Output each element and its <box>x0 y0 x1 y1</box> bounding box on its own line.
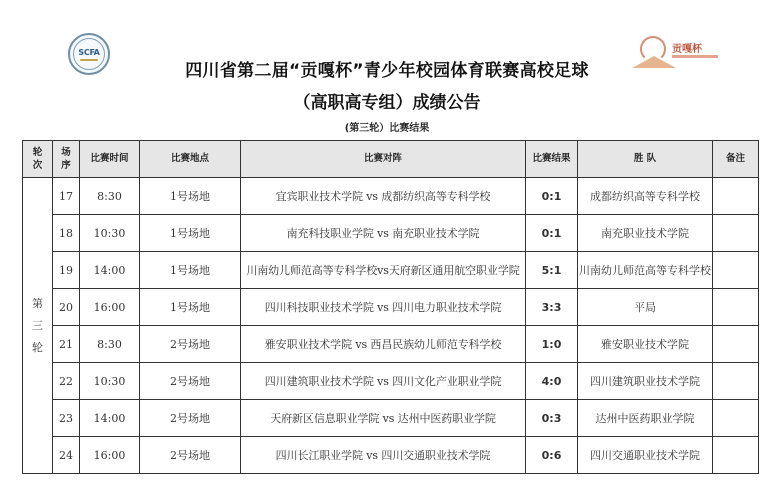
note-cell <box>713 363 759 400</box>
column-header-score: 比赛结果 <box>526 141 578 178</box>
table-row: 18 10:30 1号场地 南充科技职业学院 vs 南充职业技术学院 0:1 南… <box>23 215 759 252</box>
page-title-line2: （高职高专组）成绩公告 <box>0 88 774 113</box>
seq-cell: 22 <box>53 363 80 400</box>
note-cell <box>713 400 759 437</box>
column-header-round: 轮次 <box>23 141 53 178</box>
time-cell: 8:30 <box>80 178 140 215</box>
score-cell: 0:1 <box>526 178 578 215</box>
note-cell <box>713 437 759 474</box>
column-header-winner: 胜 队 <box>578 141 713 178</box>
table-row: 23 14:00 2号场地 天府新区信息职业学院 vs 达州中医药职业学院 0:… <box>23 400 759 437</box>
winner-cell: 四川建筑职业技术学院 <box>578 363 713 400</box>
score-cell: 4:0 <box>526 363 578 400</box>
results-table: 轮次 场序 比赛时间 比赛地点 比赛对阵 比赛结果 胜 队 备注 第三轮 17 … <box>22 140 759 474</box>
match-cell: 四川科技职业技术学院 vs 四川电力职业技术学院 <box>241 289 526 326</box>
seq-cell: 18 <box>53 215 80 252</box>
column-header-note: 备注 <box>713 141 759 178</box>
score-cell: 0:3 <box>526 400 578 437</box>
venue-cell: 2号场地 <box>140 326 241 363</box>
venue-cell: 1号场地 <box>140 215 241 252</box>
winner-cell: 川南幼儿师范高等专科学校 <box>578 252 713 289</box>
venue-cell: 1号场地 <box>140 252 241 289</box>
note-cell <box>713 215 759 252</box>
time-cell: 14:00 <box>80 252 140 289</box>
score-cell: 0:6 <box>526 437 578 474</box>
note-cell <box>713 252 759 289</box>
winner-cell: 南充职业技术学院 <box>578 215 713 252</box>
note-cell <box>713 178 759 215</box>
table-row: 19 14:00 1号场地 川南幼儿师范高等专科学校vs天府新区通用航空职业学院… <box>23 252 759 289</box>
score-cell: 3:3 <box>526 289 578 326</box>
table-row: 20 16:00 1号场地 四川科技职业技术学院 vs 四川电力职业技术学院 3… <box>23 289 759 326</box>
score-cell: 1:0 <box>526 326 578 363</box>
time-cell: 8:30 <box>80 326 140 363</box>
table-row: 22 10:30 2号场地 四川建筑职业技术学院 vs 四川文化产业职业学院 4… <box>23 363 759 400</box>
match-cell: 四川建筑职业技术学院 vs 四川文化产业职业学院 <box>241 363 526 400</box>
note-cell <box>713 289 759 326</box>
seq-cell: 24 <box>53 437 80 474</box>
note-cell <box>713 326 759 363</box>
page-subtitle: (第三轮）比赛结果 <box>0 119 774 134</box>
venue-cell: 2号场地 <box>140 400 241 437</box>
seq-cell: 20 <box>53 289 80 326</box>
winner-cell: 雅安职业技术学院 <box>578 326 713 363</box>
column-header-match: 比赛对阵 <box>241 141 526 178</box>
round-cell: 第三轮 <box>23 178 53 474</box>
gongga-cup-logo-text: 贡嘎杯 <box>672 40 702 55</box>
venue-cell: 1号场地 <box>140 178 241 215</box>
match-cell: 天府新区信息职业学院 vs 达州中医药职业学院 <box>241 400 526 437</box>
match-cell: 南充科技职业学院 vs 南充职业技术学院 <box>241 215 526 252</box>
time-cell: 10:30 <box>80 215 140 252</box>
table-row: 21 8:30 2号场地 雅安职业技术学院 vs 西昌民族幼儿师范专科学校 1:… <box>23 326 759 363</box>
winner-cell: 达州中医药职业学院 <box>578 400 713 437</box>
match-cell: 雅安职业技术学院 vs 西昌民族幼儿师范专科学校 <box>241 326 526 363</box>
time-cell: 16:00 <box>80 437 140 474</box>
table-row: 24 16:00 2号场地 四川长江职业学院 vs 四川交通职业技术学院 0:6… <box>23 437 759 474</box>
venue-cell: 2号场地 <box>140 437 241 474</box>
seq-cell: 23 <box>53 400 80 437</box>
winner-cell: 四川交通职业技术学院 <box>578 437 713 474</box>
venue-cell: 1号场地 <box>140 289 241 326</box>
table-header-row: 轮次 场序 比赛时间 比赛地点 比赛对阵 比赛结果 胜 队 备注 <box>23 141 759 178</box>
column-header-seq: 场序 <box>53 141 80 178</box>
score-cell: 5:1 <box>526 252 578 289</box>
match-cell: 四川长江职业学院 vs 四川交通职业技术学院 <box>241 437 526 474</box>
time-cell: 16:00 <box>80 289 140 326</box>
column-header-venue: 比赛地点 <box>140 141 241 178</box>
page-title: 四川省第二届“贡嘎杯”青少年校园体育联赛高校足球 <box>0 56 774 81</box>
match-cell: 宜宾职业技术学院 vs 成都纺织高等专科学校 <box>241 178 526 215</box>
table-row: 第三轮 17 8:30 1号场地 宜宾职业技术学院 vs 成都纺织高等专科学校 … <box>23 178 759 215</box>
seq-cell: 19 <box>53 252 80 289</box>
seq-cell: 21 <box>53 326 80 363</box>
venue-cell: 2号场地 <box>140 363 241 400</box>
winner-cell: 成都纺织高等专科学校 <box>578 178 713 215</box>
time-cell: 10:30 <box>80 363 140 400</box>
column-header-time: 比赛时间 <box>80 141 140 178</box>
match-cell: 川南幼儿师范高等专科学校vs天府新区通用航空职业学院 <box>241 252 526 289</box>
seq-cell: 17 <box>53 178 80 215</box>
time-cell: 14:00 <box>80 400 140 437</box>
score-cell: 0:1 <box>526 215 578 252</box>
winner-cell: 平局 <box>578 289 713 326</box>
